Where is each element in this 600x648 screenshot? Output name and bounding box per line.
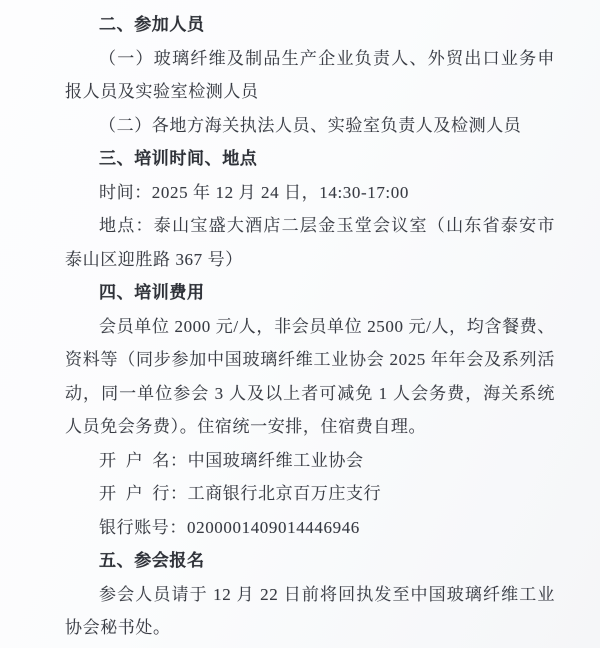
paragraph-account-bank: 开 户 行：工商银行北京百万庄支行	[65, 477, 555, 511]
document-body: 二、参加人员 （一）玻璃纤维及制品生产企业负责人、外贸出口业务申报人员及实验室检…	[65, 8, 555, 645]
paragraph-participants-item-2: （二）各地方海关执法人员、实验室负责人及检测人员	[65, 109, 555, 143]
paragraph-training-location: 地点：泰山宝盛大酒店二层金玉堂会议室（山东省泰安市泰山区迎胜路 367 号）	[65, 209, 555, 276]
paragraph-participants-item-1: （一）玻璃纤维及制品生产企业负责人、外贸出口业务申报人员及实验室检测人员	[65, 42, 555, 109]
paragraph-training-time: 时间：2025 年 12 月 24 日，14:30-17:00	[65, 176, 555, 210]
section-heading-participants: 二、参加人员	[65, 8, 555, 42]
section-heading-registration: 五、参会报名	[65, 544, 555, 578]
paragraph-registration-deadline: 参会人员请于 12 月 22 日前将回执发至中国玻璃纤维工业协会秘书处。	[65, 578, 555, 645]
document-page: 二、参加人员 （一）玻璃纤维及制品生产企业负责人、外贸出口业务申报人员及实验室检…	[0, 0, 600, 648]
paragraph-account-number: 银行账号：0200001409014446946	[65, 511, 555, 545]
paragraph-account-name: 开 户 名：中国玻璃纤维工业协会	[65, 444, 555, 478]
section-heading-fees: 四、培训费用	[65, 276, 555, 310]
section-heading-time-location: 三、培训时间、地点	[65, 142, 555, 176]
paragraph-fee-details: 会员单位 2000 元/人，非会员单位 2500 元/人，均含餐费、资料等（同步…	[65, 310, 555, 444]
